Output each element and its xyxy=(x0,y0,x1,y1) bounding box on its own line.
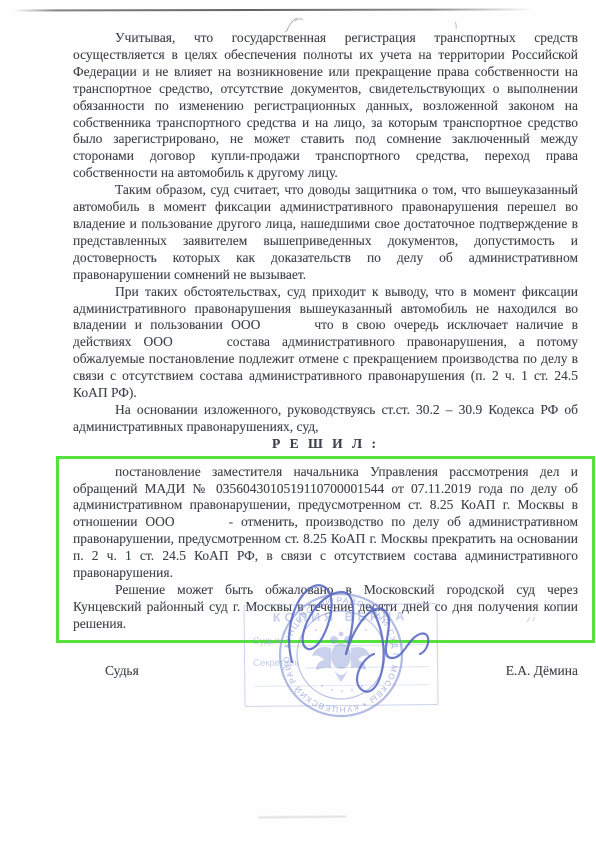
eagle-emblem-icon xyxy=(312,632,370,682)
decision-heading: Р Е Ш И Л : xyxy=(73,436,578,453)
judge-name: Е.А. Дёмина xyxy=(506,663,578,680)
body-paragraph: На основании изложенного, руководствуясь… xyxy=(73,402,578,436)
body-paragraph: Учитывая, что государственная регистраци… xyxy=(73,30,578,182)
body-paragraph: При таких обстоятельствах, суд приходит … xyxy=(73,284,578,402)
document-body: Учитывая, что государственная регистраци… xyxy=(73,30,578,680)
pencil-tick-mark xyxy=(524,612,538,626)
judge-label: Судья xyxy=(105,663,139,680)
scan-smudge-artifact xyxy=(258,816,346,819)
court-seal-icon: КУНЦЕВСКИЙ РАЙОННЫЙ СУД Г. МОСКВЫ • КУНЦ… xyxy=(276,590,406,720)
court-decision-page: Учитывая, что государственная регистраци… xyxy=(0,0,596,842)
scan-artifact-line xyxy=(14,8,534,11)
body-paragraph: Таким образом, суд считает, что доводы з… xyxy=(73,182,578,283)
resolution-paragraph: постановление заместителя начальника Упр… xyxy=(73,464,578,582)
